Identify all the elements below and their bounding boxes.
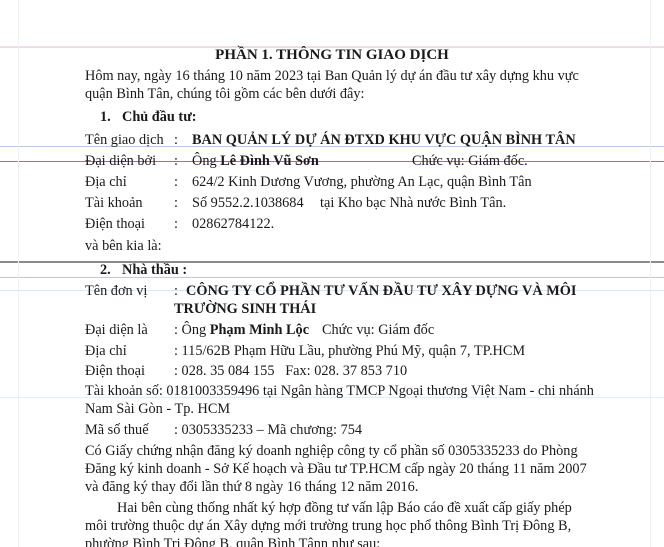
intro-line: quận Bình Tân, chúng tôi gồm các bên dướ… xyxy=(85,85,364,103)
investor-phone: 02862784122. xyxy=(192,215,274,233)
investor-bank: tại Kho bạc Nhà nước Bình Tân. xyxy=(320,194,506,212)
intro-line: Hôm nay, ngày 16 tháng 10 năm 2023 tại B… xyxy=(85,67,579,85)
title-prefix: : Ông xyxy=(174,322,210,338)
field-label: Đại diện là xyxy=(85,321,148,339)
field-separator: : xyxy=(174,282,178,300)
contractor-representative: : Ông Phạm Minh Lộc xyxy=(174,321,309,339)
representative-name: Lê Đình Vũ Sơn xyxy=(220,153,319,169)
section2-number: 2. xyxy=(100,261,111,279)
representative-position: Chức vụ: Giám đốc. xyxy=(412,152,528,170)
investor-name: BAN QUẢN LÝ DỰ ÁN ĐTXD KHU VỰC QUẬN BÌNH… xyxy=(192,131,576,149)
section1-heading: Chủ đầu tư: xyxy=(122,108,197,126)
contractor-phone-fax: : 028. 35 084 155 Fax: 028. 37 853 710 xyxy=(174,362,407,380)
representative: Ông Lê Đình Vũ Sơn xyxy=(192,152,319,170)
scan-line xyxy=(18,0,19,547)
field-separator: : xyxy=(174,215,178,233)
agreement-line: Hai bên cùng thống nhất ký hợp đồng tư v… xyxy=(117,499,572,517)
contractor-address: : 115/62B Phạm Hữu Lầu, phường Phú Mỹ, q… xyxy=(174,342,525,360)
field-label: Mã số thuế xyxy=(85,421,149,439)
contractor-name: CÔNG TY CỔ PHẦN TƯ VẤN ĐẦU TƯ XÂY DỰNG V… xyxy=(186,282,576,300)
certificate-line: Có Giấy chứng nhận đăng ký doanh nghiệp … xyxy=(85,442,578,460)
closing-text: và bên kia là: xyxy=(85,237,162,255)
certificate-line: và đăng ký thay đổi lần thứ 8 ngày 16 th… xyxy=(85,478,418,496)
field-separator: : xyxy=(174,173,178,191)
field-label: Tên đơn vị xyxy=(85,282,147,300)
field-label: Địa chỉ xyxy=(85,342,127,360)
agreement-line: môi trường thuộc dự án Xây dựng mới trườ… xyxy=(85,517,571,535)
page-title: PHẦN 1. THÔNG TIN GIAO DỊCH xyxy=(0,46,664,64)
field-separator: : xyxy=(174,131,178,149)
contractor-position: Chức vụ: Giám đốc xyxy=(322,321,434,339)
contractor-tax-code: : 0305335233 – Mã chương: 754 xyxy=(174,421,362,439)
scan-line xyxy=(650,0,651,547)
field-separator: : xyxy=(174,194,178,212)
agreement-line: phường Bình Trị Đông B, quận Bình Tânn n… xyxy=(85,535,380,547)
certificate-line: Đăng ký kinh doanh - Sở Kế hoạch và Đầu … xyxy=(85,460,587,478)
field-label: Địa chỉ xyxy=(85,173,127,191)
field-label: Tài khoản xyxy=(85,194,143,212)
section1-number: 1. xyxy=(100,108,111,126)
contractor-account: Tài khoản số: 0181003359496 tại Ngân hàn… xyxy=(85,382,594,400)
title-prefix: Ông xyxy=(192,153,220,169)
investor-address: 624/2 Kinh Dương Vương, phường An Lạc, q… xyxy=(192,173,532,191)
field-separator: : xyxy=(174,152,178,170)
contractor-name-cont: TRƯỜNG SINH THÁI xyxy=(174,300,316,318)
field-label: Điện thoại xyxy=(85,362,145,380)
investor-account: Số 9552.2.1038684 xyxy=(192,194,304,212)
section2-heading: Nhà thầu : xyxy=(122,261,187,279)
contractor-account-cont: Nam Sài Gòn - Tp. HCM xyxy=(85,400,230,418)
field-label: Điện thoại xyxy=(85,215,145,233)
contractor-representative-name: Phạm Minh Lộc xyxy=(210,322,309,338)
field-label: Tên giao dịch xyxy=(85,131,164,149)
field-label: Đại diện bởi xyxy=(85,152,156,170)
